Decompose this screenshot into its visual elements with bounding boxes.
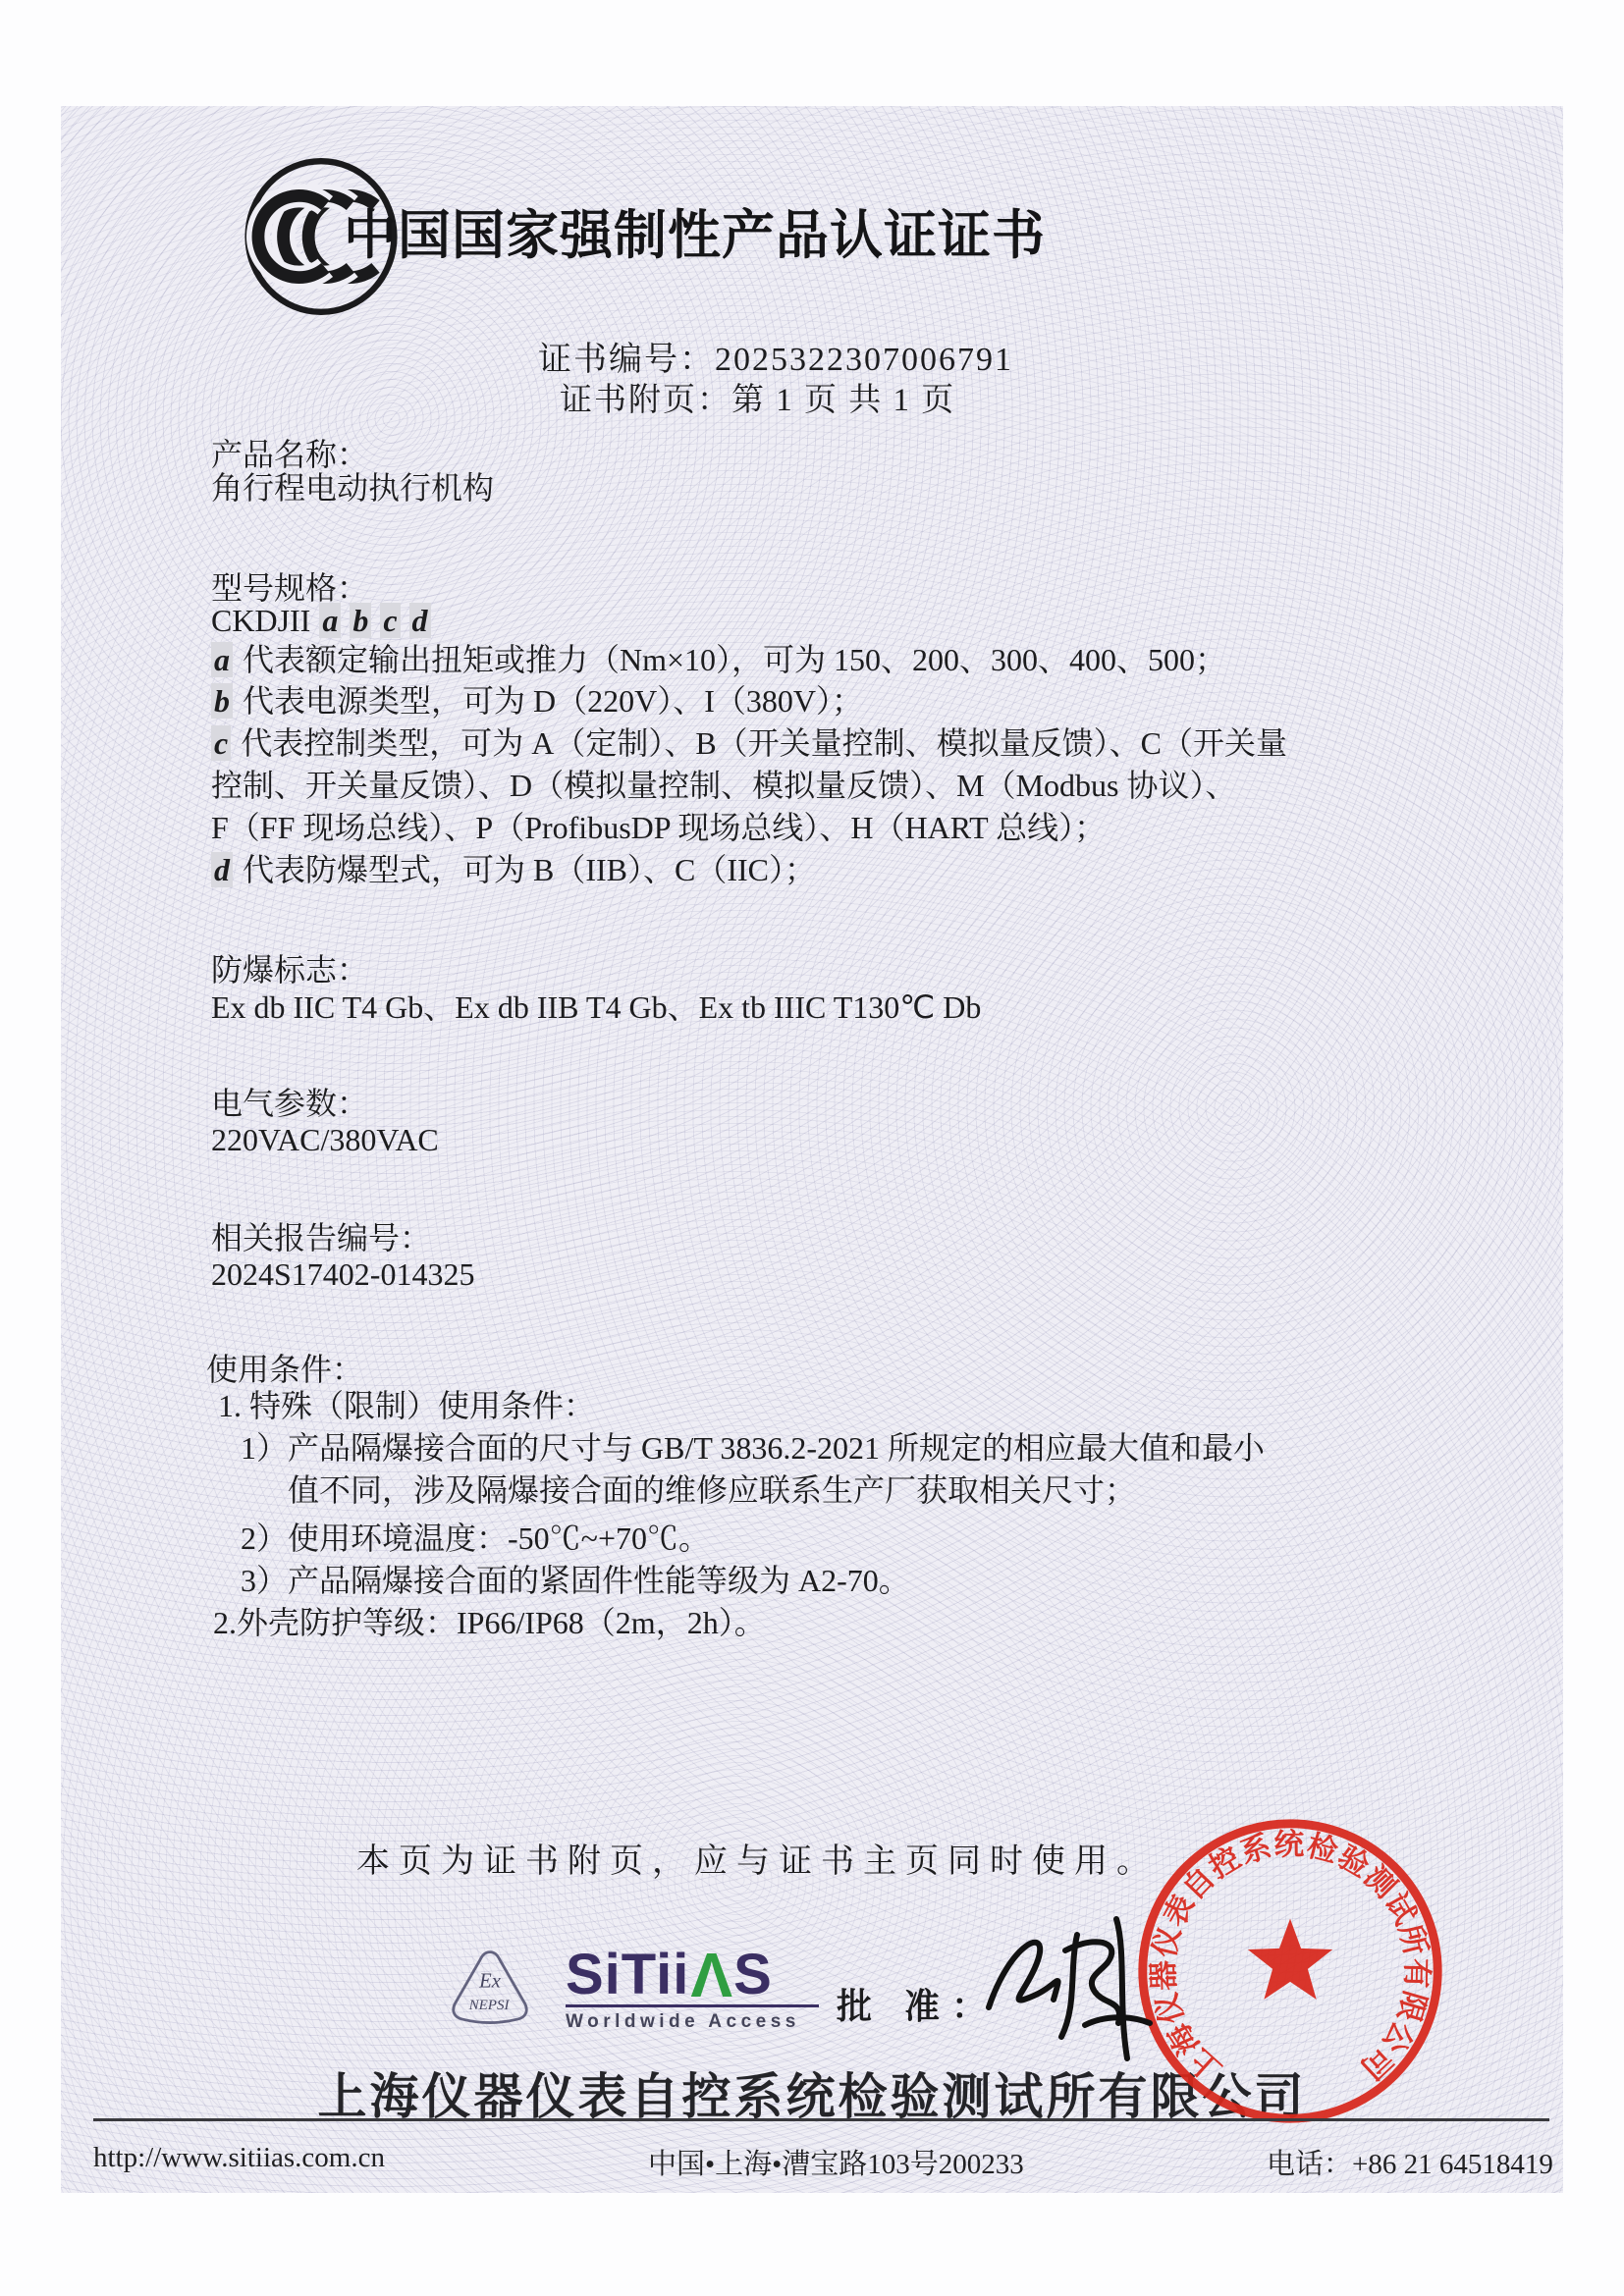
condition-item: 值不同，涉及隔爆接合面的维修应联系生产厂获取相关尺寸； xyxy=(288,1470,1136,1510)
sitiias-logo: SiTiiΛS Worldwide Access xyxy=(566,1949,819,2033)
seal-star-icon xyxy=(1248,1919,1332,2000)
condition-item: 3）产品隔爆接合面的紧固件性能等级为 A2-70。 xyxy=(241,1561,910,1600)
model-line-text: F（FF 现场总线）、P（ProfibusDP 现场总线）、H（HART 总线）… xyxy=(211,810,1106,845)
model-var-c: c xyxy=(380,603,400,638)
product-name-value: 角行程电动执行机构 xyxy=(211,468,494,507)
condition-item: 2.外壳防护等级：IP66/IP68（2m，2h）。 xyxy=(213,1603,766,1642)
condition-item: 1. 特殊（限制）使用条件： xyxy=(218,1386,595,1425)
ex-mark-value: Ex db IIC T4 Gb、Ex db IIB T4 Gb、Ex tb II… xyxy=(211,988,981,1027)
sitiias-lambda-icon: Λ xyxy=(690,1949,732,2001)
sitiias-wordmark: SiTiiΛS xyxy=(566,1949,773,2001)
attachment-note: 本页为证书附页，应与证书主页同时使用。 xyxy=(356,1834,1159,1882)
certificate-title: 中国国家强制性产品认证证书 xyxy=(344,193,1046,269)
page-info: 证书附页：第 1 页 共 1 页 xyxy=(560,374,955,420)
report-number-value: 2024S17402-014325 xyxy=(211,1255,474,1294)
electrical-label: 电气参数： xyxy=(211,1079,368,1124)
model-line-var: a xyxy=(211,642,233,677)
report-number-label: 相关报告编号： xyxy=(211,1213,431,1258)
model-line: F（FF 现场总线）、P（ProfibusDP 现场总线）、H（HART 总线）… xyxy=(211,808,1106,847)
model-line: a代表额定输出扭矩或推力（Nm×10），可为 150、200、300、400、5… xyxy=(211,640,1226,679)
certificate-page: 中国国家强制性产品认证证书 证书编号：2025322307006791 证书附页… xyxy=(0,0,1624,2296)
model-line-text: 控制、开关量反馈）、D（模拟量控制、模拟量反馈）、M（Modbus 协议）、 xyxy=(211,768,1236,803)
footer-address: 中国•上海•漕宝路103号200233 xyxy=(648,2142,1024,2182)
nepsi-ex-text: Ex xyxy=(478,1970,501,1992)
model-code: CKDJIIabcd xyxy=(211,601,431,640)
model-line-text: 代表额定输出扭矩或推力（Nm×10），可为 150、200、300、400、50… xyxy=(243,642,1226,677)
sitiias-underline xyxy=(566,2004,819,2007)
nepsi-name-text: NEPSI xyxy=(468,1998,511,2013)
model-line: c代表控制类型，可为 A（定制）、B（开关量控制、模拟量反馈）、C（开关量 xyxy=(211,723,1287,763)
condition-item: 1）产品隔爆接合面的尺寸与 GB/T 3836.2-2021 所规定的相应最大值… xyxy=(241,1428,1265,1468)
model-line: b代表电源类型，可为 D（220V）、I（380V）； xyxy=(211,681,863,721)
model-line-text: 代表控制类型，可为 A（定制）、B（开关量控制、模拟量反馈）、C（开关量 xyxy=(241,725,1287,761)
footer-website: http://www.sitiias.com.cn xyxy=(93,2142,385,2174)
sitiias-wordmark-part1: SiTii xyxy=(566,1949,689,2001)
conditions-label: 使用条件： xyxy=(206,1345,363,1390)
electrical-value: 220VAC/380VAC xyxy=(211,1120,439,1159)
sitiias-tagline: Worldwide Access xyxy=(566,2011,800,2033)
sitiias-wordmark-part2: S xyxy=(733,1949,773,2001)
model-var-b: b xyxy=(350,603,371,638)
model-line: 控制、开关量反馈）、D（模拟量控制、模拟量反馈）、M（Modbus 协议）、 xyxy=(211,766,1236,805)
model-line-var: c xyxy=(211,725,231,761)
model-var-a: a xyxy=(319,603,341,638)
footer-phone: 电话：+86 21 64518419 xyxy=(1267,2142,1553,2182)
approval-signature xyxy=(967,1909,1193,2071)
model-line-var: d xyxy=(211,852,233,887)
model-var-d: d xyxy=(409,603,431,638)
model-line: d代表防爆型式，可为 B（IIB）、C（IIC）； xyxy=(211,850,816,889)
footer-divider xyxy=(93,2118,1549,2121)
ex-mark-label: 防爆标志： xyxy=(211,945,368,990)
model-line-text: 代表防爆型式，可为 B（IIB）、C（IIC）； xyxy=(243,852,816,887)
nepsi-logo-icon: Ex NEPSI xyxy=(444,1947,536,2035)
certificate-number: 证书编号：2025322307006791 xyxy=(538,332,1013,380)
model-line-var: b xyxy=(211,683,233,719)
model-line-text: 代表电源类型，可为 D（220V）、I（380V）； xyxy=(243,683,863,719)
condition-item: 2）使用环境温度：-50℃~+70℃。 xyxy=(241,1519,710,1558)
model-code-prefix: CKDJII xyxy=(211,603,310,638)
